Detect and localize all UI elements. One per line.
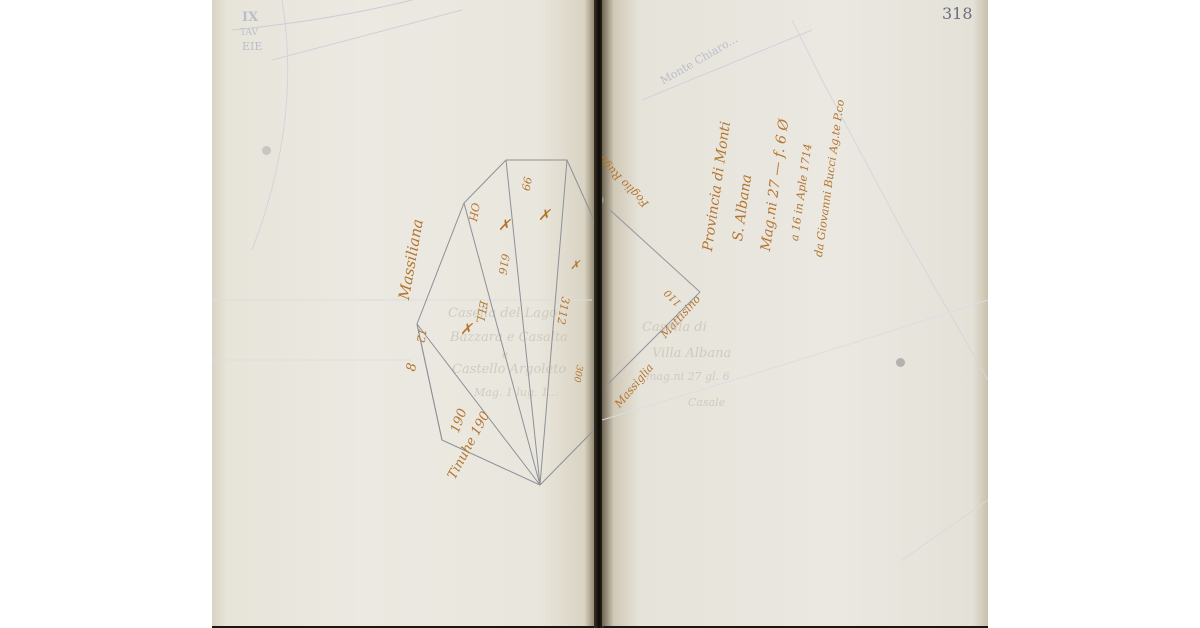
ghost-text: Villa Albana — [652, 346, 731, 361]
right-page: 318 Monte Chiaro... Foglio Ruggeri 110 M… — [602, 0, 988, 626]
ghost-text: Casale — [688, 396, 725, 409]
sketch-label: 12 — [414, 328, 429, 344]
ghost-text: mag.ni 27 gl. 6 — [646, 370, 730, 383]
left-page: IX TAV EIE Casella del Lago Bazzara e Ca… — [212, 0, 596, 626]
cross-mark: ✗ — [538, 206, 551, 224]
cross-mark: ✗ — [498, 216, 511, 234]
cross-mark: ✗ — [460, 320, 473, 338]
cross-mark: ✗ — [570, 258, 580, 272]
survey-polygon-continuation — [602, 0, 988, 626]
book-spread: IX TAV EIE Casella del Lago Bazzara e Ca… — [212, 0, 988, 628]
ink-spot — [896, 358, 905, 367]
survey-polygon-sketch — [212, 0, 596, 626]
ghost-text: Casella di — [642, 320, 707, 335]
sketch-label: 99 — [519, 176, 534, 192]
ink-spot — [262, 146, 271, 155]
